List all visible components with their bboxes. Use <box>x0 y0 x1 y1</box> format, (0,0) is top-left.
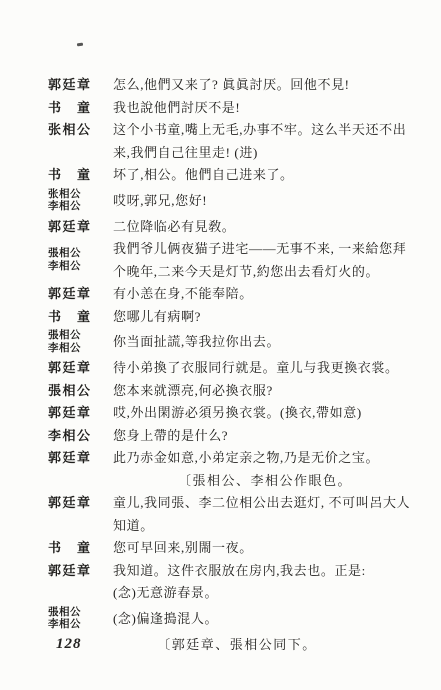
speaker-cell: 郭廷章 <box>48 492 113 515</box>
dialogue-line: 个晚年,二来今天是灯节,約您出去看灯火的。 <box>113 261 415 284</box>
dialogue-cell: 哎呀,郭兄,您好! <box>113 190 415 213</box>
speaker-name: 張相公 <box>48 380 113 403</box>
speaker-cell: 张相公 <box>48 119 113 142</box>
speaker-name: 书 童 <box>48 97 113 120</box>
dialogue-line: 您可早回来,别閙一夜。 <box>113 537 415 560</box>
dialogue-cell: 〔郭廷章、張相公同下。 <box>113 634 415 657</box>
speaker-name: 郭廷章 <box>48 447 113 470</box>
speaker-cell: 張相公 <box>48 380 113 403</box>
dialogue-cell: 您哪儿有病啊? <box>113 306 415 329</box>
speaker-name: 張相公 <box>48 330 113 343</box>
dialogue-row: 书 童 您哪儿有病啊? <box>48 306 415 329</box>
speaker-name: 郭廷章 <box>48 492 113 515</box>
speaker-cell: 張相公李相公 <box>48 248 113 273</box>
dialogue-line: 知道。 <box>113 515 415 538</box>
dialogue-line: 待小弟換了衣服同行就是。童儿与我更換衣裳。 <box>113 357 415 380</box>
speaker-cell: 书 童 <box>48 97 113 120</box>
speaker-cell: 郭廷章 <box>48 447 113 470</box>
speaker-name: 李相公 <box>48 201 113 214</box>
speaker-cell: 李相公 <box>48 425 113 448</box>
speaker-name: 李相公 <box>48 425 113 448</box>
speaker-name: 书 童 <box>48 537 113 560</box>
dialogue-row: 书 童 您可早回来,别閙一夜。 <box>48 537 415 560</box>
speaker-name: 张相公 <box>48 119 113 142</box>
dialogue-line: (念)偏逢搗混人。 <box>113 608 415 631</box>
dialogue-line: 你当面扯謊,等我拉你出去。 <box>113 331 415 354</box>
dialogue-row: 張相公李相公 我們爷儿俩夜猫子进宅——无事不来, 一来給您拜个晚年,二来今天是灯… <box>48 238 415 283</box>
page-number: 128 <box>56 636 82 653</box>
speaker-cell: 郭廷章 <box>48 357 113 380</box>
dialogue-row: 〔張相公、李相公作眼色。 <box>48 470 415 493</box>
speaker-cell: 郭廷章 <box>48 402 113 425</box>
dialogue-row: 郭廷章 有小恙在身,不能奉陪。 <box>48 283 415 306</box>
speaker-cell: 张相公李相公 <box>48 189 113 214</box>
speaker-cell: 郭廷章 <box>48 283 113 306</box>
dialogue-cell: 您本来就漂亮,何必換衣服? <box>113 380 415 403</box>
speaker-cell: 郭廷章 <box>48 560 113 583</box>
speaker-name: 張相公 <box>48 248 113 261</box>
dialogue-row: 〔郭廷章、張相公同下。 <box>48 634 415 657</box>
dialogue-row: 張相公李相公 你当面扯謊,等我拉你出去。 <box>48 328 415 357</box>
speaker-cell: 郭廷章 <box>48 216 113 239</box>
dialogue-cell: 您可早回来,别閙一夜。 <box>113 537 415 560</box>
dialogue-cell: 您身上帶的是什么? <box>113 425 415 448</box>
stage-direction: 〔張相公、李相公作眼色。 <box>113 470 415 493</box>
dialogue-row: 郭廷章 待小弟換了衣服同行就是。童儿与我更換衣裳。 <box>48 357 415 380</box>
dialogue-line: 坏了,相公。他們自己进来了。 <box>113 164 415 187</box>
dialogue-row: 張相公 您本来就漂亮,何必換衣服? <box>48 380 415 403</box>
dialogue-line: 二位降临必有見敎。 <box>113 216 415 239</box>
speaker-name: 張相公 <box>48 607 113 620</box>
dialogue-cell: 有小恙在身,不能奉陪。 <box>113 283 415 306</box>
speaker-name: 郭廷章 <box>48 402 113 425</box>
speaker-name: 书 童 <box>48 164 113 187</box>
speaker-name: 李相公 <box>48 619 113 632</box>
speaker-name: 李相公 <box>48 343 113 356</box>
dialogue-row: 书 童 坏了,相公。他們自己进来了。 <box>48 164 415 187</box>
dialogue-line: 我們爷儿俩夜猫子进宅——无事不来, 一来給您拜 <box>113 238 415 261</box>
scanned-script-page: 郭廷章 怎么,他們又来了? 眞眞討厌。回他不見! 书 童 我也說他們討厌不是! … <box>0 0 441 690</box>
dialogue-cell: 你当面扯謊,等我拉你出去。 <box>113 331 415 354</box>
speaker-name: 郭廷章 <box>48 560 113 583</box>
speaker-cell: 張相公李相公 <box>48 330 113 355</box>
dialogue-line: 您身上帶的是什么? <box>113 425 415 448</box>
dialogue-line: 您哪儿有病啊? <box>113 306 415 329</box>
speaker-cell: 书 童 <box>48 537 113 560</box>
dialogue-cell: 这个小书童,嘴上无毛,办事不牢。这么半天还不出来,我們自己往里走! (进) <box>113 119 415 164</box>
dialogue-line: 您本来就漂亮,何必換衣服? <box>113 380 415 403</box>
stage-direction: 〔郭廷章、張相公同下。 <box>113 634 415 657</box>
dialogue-cell: 怎么,他們又来了? 眞眞討厌。回他不見! <box>113 74 415 97</box>
dialogue-cell: 〔張相公、李相公作眼色。 <box>113 470 415 493</box>
script-dialogue-list: 郭廷章 怎么,他們又来了? 眞眞討厌。回他不見! 书 童 我也說他們討厌不是! … <box>48 74 415 656</box>
dialogue-cell: 此乃赤金如意,小弟定亲之物,乃是无价之宝。 <box>113 447 415 470</box>
dialogue-cell: 我也說他們討厌不是! <box>113 97 415 120</box>
speaker-cell: 張相公李相公 <box>48 607 113 632</box>
dialogue-cell: (念)偏逢搗混人。 <box>113 608 415 631</box>
dialogue-cell: 我知道。这件衣服放在房内,我去也。正是:(念)无意游春景。 <box>113 560 415 605</box>
dialogue-cell: 待小弟換了衣服同行就是。童儿与我更換衣裳。 <box>113 357 415 380</box>
dialogue-line: 来,我們自己往里走! (进) <box>113 142 415 165</box>
speaker-name: 郭廷章 <box>48 357 113 380</box>
speaker-cell: 郭廷章 <box>48 74 113 97</box>
dialogue-line: 童儿,我同張、李二位相公出去逛灯, 不可叫呂大人 <box>113 492 415 515</box>
dialogue-line: (念)无意游春景。 <box>113 582 415 605</box>
speaker-name: 郭廷章 <box>48 216 113 239</box>
dialogue-row: 郭廷章 二位降临必有見敎。 <box>48 216 415 239</box>
dialogue-line: 怎么,他們又来了? 眞眞討厌。回他不見! <box>113 74 415 97</box>
dialogue-cell: 我們爷儿俩夜猫子进宅——无事不来, 一来給您拜个晚年,二来今天是灯节,約您出去看… <box>113 238 415 283</box>
dialogue-row: 郭廷章 我知道。这件衣服放在房内,我去也。正是:(念)无意游春景。 <box>48 560 415 605</box>
dialogue-row: 张相公李相公 哎呀,郭兄,您好! <box>48 187 415 216</box>
dialogue-cell: 二位降临必有見敎。 <box>113 216 415 239</box>
scan-artifact-speck <box>77 43 83 47</box>
speaker-cell: 书 童 <box>48 164 113 187</box>
dialogue-line: 哎呀,郭兄,您好! <box>113 190 415 213</box>
speaker-name: 郭廷章 <box>48 283 113 306</box>
dialogue-line: 我知道。这件衣服放在房内,我去也。正是: <box>113 560 415 583</box>
speaker-name: 书 童 <box>48 306 113 329</box>
dialogue-line: 有小恙在身,不能奉陪。 <box>113 283 415 306</box>
speaker-name: 张相公 <box>48 189 113 202</box>
dialogue-line: 此乃赤金如意,小弟定亲之物,乃是无价之宝。 <box>113 447 415 470</box>
dialogue-cell: 坏了,相公。他們自己进来了。 <box>113 164 415 187</box>
dialogue-row: 郭廷章 此乃赤金如意,小弟定亲之物,乃是无价之宝。 <box>48 447 415 470</box>
dialogue-row: 張相公李相公 (念)偏逢搗混人。 <box>48 605 415 634</box>
dialogue-row: 李相公 您身上帶的是什么? <box>48 425 415 448</box>
speaker-cell: 书 童 <box>48 306 113 329</box>
dialogue-row: 郭廷章 哎,外出閑游必須另換衣裳。(換衣,帶如意) <box>48 402 415 425</box>
dialogue-row: 郭廷章 怎么,他們又来了? 眞眞討厌。回他不見! <box>48 74 415 97</box>
speaker-name: 郭廷章 <box>48 74 113 97</box>
dialogue-row: 书 童 我也說他們討厌不是! <box>48 97 415 120</box>
dialogue-line: 我也說他們討厌不是! <box>113 97 415 120</box>
dialogue-row: 郭廷章 童儿,我同張、李二位相公出去逛灯, 不可叫呂大人知道。 <box>48 492 415 537</box>
dialogue-cell: 童儿,我同張、李二位相公出去逛灯, 不可叫呂大人知道。 <box>113 492 415 537</box>
speaker-name: 李相公 <box>48 261 113 274</box>
dialogue-cell: 哎,外出閑游必須另換衣裳。(換衣,帶如意) <box>113 402 415 425</box>
dialogue-row: 张相公 这个小书童,嘴上无毛,办事不牢。这么半天还不出来,我們自己往里走! (进… <box>48 119 415 164</box>
dialogue-line: 这个小书童,嘴上无毛,办事不牢。这么半天还不出 <box>113 119 415 142</box>
dialogue-line: 哎,外出閑游必須另換衣裳。(換衣,帶如意) <box>113 402 415 425</box>
